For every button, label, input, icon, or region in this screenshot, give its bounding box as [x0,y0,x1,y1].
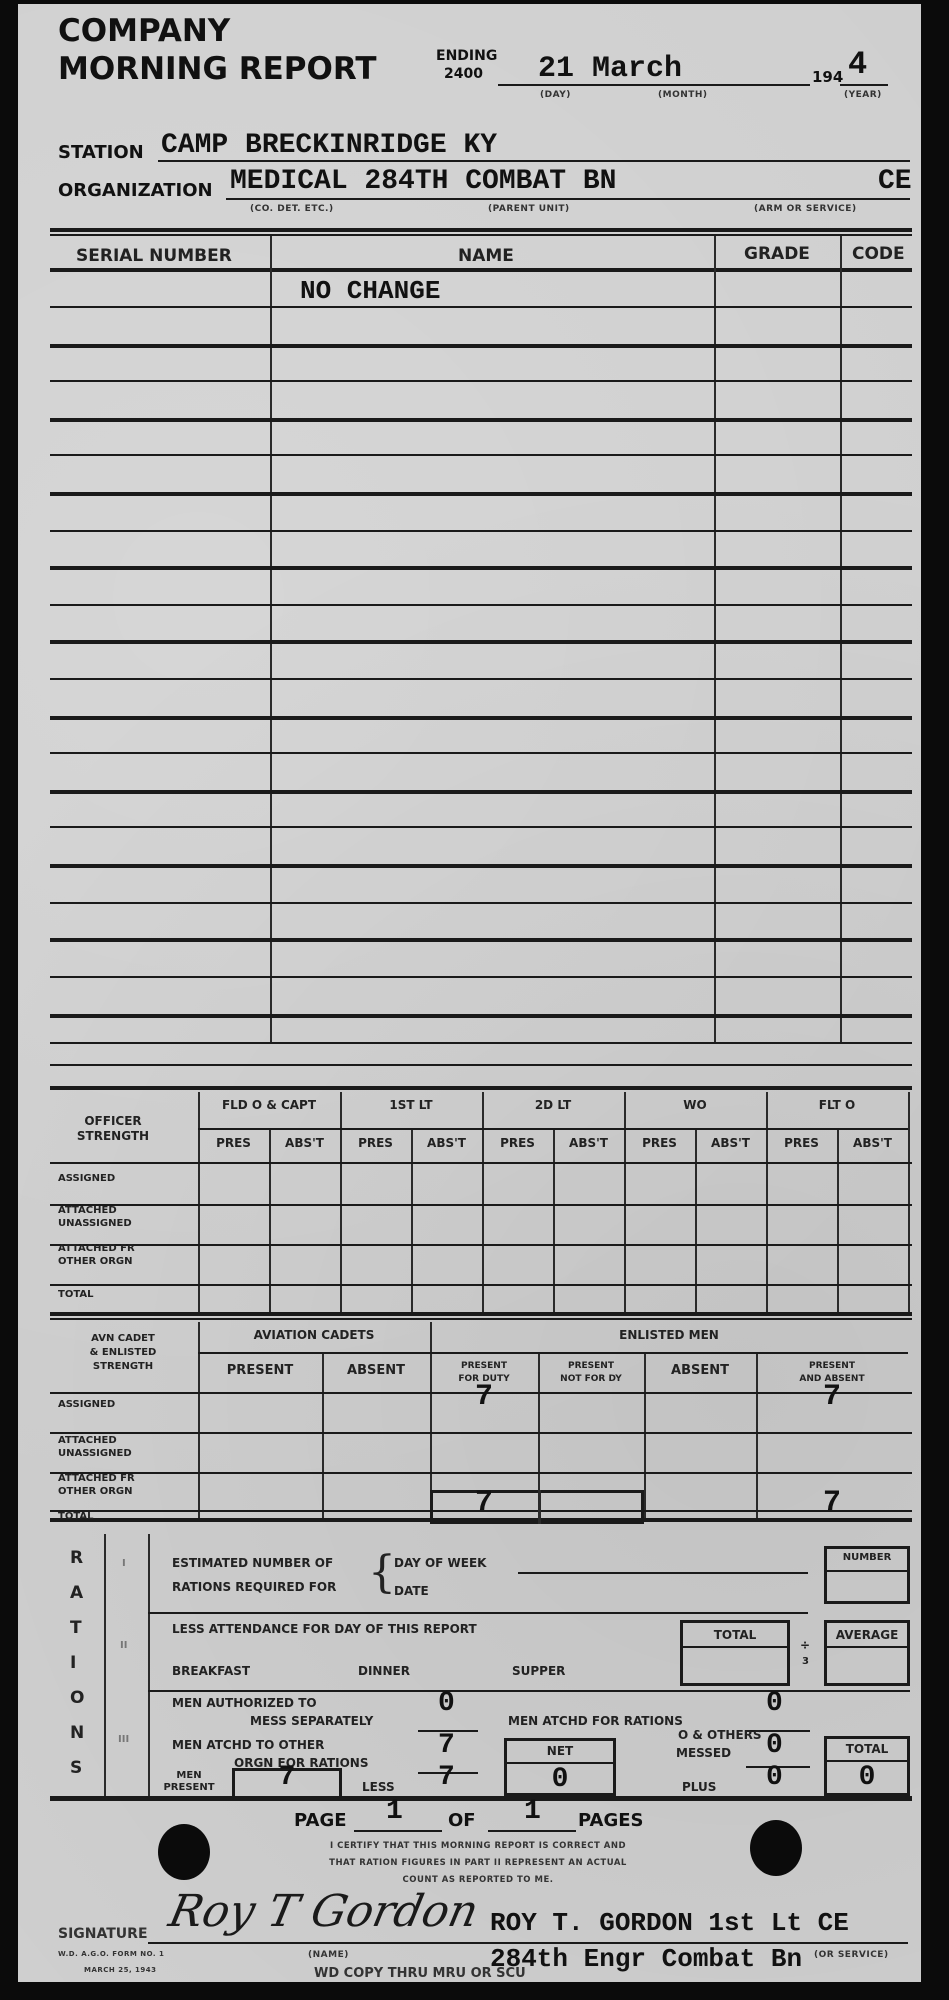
estimated-rations-label: ESTIMATED NUMBER OF [172,1556,333,1570]
divider [624,1092,626,1312]
officer-subheader: ABS'T [695,1136,766,1150]
officer-subheader: PRES [482,1136,553,1150]
rations-side-letter: R [70,1548,83,1568]
enlisted-col-header: ABSENT [644,1364,756,1377]
divider [198,1092,200,1312]
rations-side-letter: I [70,1653,76,1673]
men-authorized-label: MEN AUTHORIZED TO [172,1696,317,1710]
men-present-label: MENPRESENT [154,1770,224,1794]
caption-arm: (ARM OR SERVICE) [754,204,857,214]
officer-subheader: PRES [624,1136,695,1150]
breakfast-label: BREAKFAST [172,1664,250,1678]
roster-rule [50,790,912,794]
pages-label: PAGES [578,1810,644,1831]
page-label: PAGE [294,1810,347,1831]
roster-rule [50,492,912,496]
roster-rule [50,566,912,570]
caption-parent: (PARENT UNIT) [488,204,570,214]
name-caption: (NAME) [308,1950,349,1960]
roster-rule [50,1014,912,1018]
year-caption: (YEAR) [844,90,882,100]
present-for-duty-value: 7 [430,1380,538,1414]
enlisted-col-header: PRESENT [198,1364,322,1377]
officer-group-header: FLD O & CAPT [198,1098,340,1112]
officer-row-label: ASSIGNED [58,1172,188,1185]
month-caption: (MONTH) [658,90,708,100]
day-of-week-label: DAY OF WEEK [394,1556,486,1570]
officer-subheader: PRES [198,1136,269,1150]
dinner-label: DINNER [358,1664,410,1678]
caption-co: (CO. DET. ETC.) [250,204,334,214]
officer-group-header: 2D LT [482,1098,624,1112]
service-caption: (OR SERVICE) [814,1950,889,1960]
enlisted-row-label: ATTACHED FROTHER ORGN [58,1472,188,1498]
mess-separately-label: MESS SEPARATELY [250,1714,373,1728]
roster-rule [50,454,912,456]
roster-rule [50,716,912,720]
rations-side-letter: T [70,1618,82,1638]
handwritten-signature: Roy T Gordon [165,1886,483,1937]
present-and-absent-value: 7 [756,1380,908,1414]
punch-hole-left [158,1824,210,1880]
roster-rule [50,938,912,942]
men-atchd-other-label: MEN ATCHD TO OTHER [172,1738,324,1752]
unit-typed: 284th Engr Combat Bn [490,1944,802,1974]
messed-label: MESSED [676,1746,731,1760]
roster-rule [50,902,912,904]
col-serial-number: SERIAL NUMBER [76,246,232,266]
roster-rule [50,864,912,868]
part-i-marker: I [122,1558,126,1569]
others-messed-value: 0 [766,1730,783,1761]
net-value: 0 [504,1764,616,1795]
divider [908,1092,910,1312]
officer-subheader: ABS'T [411,1136,482,1150]
enlisted-row-label: TOTAL [58,1510,188,1523]
roster-rule [50,1042,912,1044]
officer-subheader: PRES [340,1136,411,1150]
organization-label: ORGANIZATION [58,180,213,201]
punch-hole-right [750,1820,802,1876]
day-caption: (DAY) [540,90,571,100]
roster-rule [50,640,912,644]
divider [766,1092,768,1312]
station-label: STATION [58,142,144,163]
page-number: 1 [386,1796,403,1827]
men-atchd-other-value: 7 [438,1730,455,1761]
roster-rule [50,530,912,532]
officer-subheader: ABS'T [553,1136,624,1150]
officer-subheader: ABS'T [837,1136,908,1150]
enlisted-strength-title: AVN CADET& ENLISTEDSTRENGTH [58,1332,188,1374]
roster-rule [50,604,912,606]
form-title-line1: COMPANY [58,16,230,47]
organization-value: MEDICAL 284TH COMBAT BN [230,166,616,197]
divider [340,1092,342,1312]
form-date: MARCH 25, 1943 [84,1966,157,1974]
men-present-value: 7 [232,1762,342,1793]
total-pages: 1 [524,1796,541,1827]
officer-strength-title: OFFICER STRENGTH [58,1114,168,1144]
signature-label: SIGNATURE [58,1926,148,1942]
report-date: 21 March [538,52,682,86]
roster-rule [50,752,912,754]
officer-group-header: WO [624,1098,766,1112]
rations-side-letter: S [70,1758,82,1778]
roster-rule [50,380,912,382]
less-value: 7 [438,1762,455,1793]
roster-rule [50,344,912,348]
group-aviation-cadets: AVIATION CADETS [198,1328,430,1342]
year-prefix: 194 [812,68,843,86]
roster-rule [50,306,912,308]
officer-group-header: 1ST LT [340,1098,482,1112]
plus-value: 0 [766,1762,783,1793]
rations-side-letter: N [70,1723,84,1743]
average-label: AVERAGE [824,1628,910,1642]
roster-rule [50,418,912,422]
supper-label: SUPPER [512,1664,565,1678]
officer-subheader: ABS'T [269,1136,340,1150]
arm-service-value: CE [878,166,912,197]
net-label: NET [504,1744,616,1758]
plus-label: PLUS [682,1780,716,1794]
enlisted-col-header: PRESENTNOT FOR DY [538,1360,644,1386]
final-total-label: TOTAL [824,1742,910,1756]
roster-rule [50,976,912,978]
form-number: W.D. A.G.O. FORM NO. 1 [58,1950,164,1958]
men-atchd-for-rations-label: MEN ATCHD FOR RATIONS [508,1714,683,1728]
col-name: NAME [458,246,514,266]
part-ii-marker: II [120,1640,127,1651]
certification-text: I CERTIFY THAT THIS MORNING REPORT IS CO… [248,1838,708,1889]
wd-copy-note: WD COPY THRU MRU OR SCU [314,1966,526,1981]
present-and-absent-value: 7 [756,1486,908,1520]
morning-report-form: COMPANY MORNING REPORT ENDING 2400 21 Ma… [18,4,921,1982]
number-label: NUMBER [824,1552,910,1563]
officer-group-header: FLT O [766,1098,908,1112]
officer-row-label: ATTACHED FROTHER ORGN [58,1242,188,1268]
rations-side-letter: A [70,1583,83,1603]
typed-name: ROY T. GORDON 1st Lt CE [490,1908,849,1938]
present-for-duty-value: 7 [430,1486,538,1520]
group-enlisted-men: ENLISTED MEN [430,1328,908,1342]
less-label: LESS [362,1780,395,1794]
station-value: CAMP BRECKINRIDGE KY [161,130,497,161]
part-iii-marker: III [118,1734,129,1745]
estimated-rations-label-2: RATIONS REQUIRED FOR [172,1580,336,1594]
roster-rule [50,826,912,828]
officer-row-label: TOTAL [58,1288,188,1301]
final-total-value: 0 [824,1762,910,1793]
enlisted-row-label: ATTACHEDUNASSIGNED [58,1434,188,1460]
rations-side-letter: O [70,1688,84,1708]
divide-by-three: 3 [802,1656,809,1667]
divide-symbol: ÷ [800,1638,810,1652]
col-grade: GRADE [744,244,810,264]
roster-entry-no-change: NO CHANGE [300,276,440,306]
of-label: OF [448,1810,476,1831]
attendance-label: LESS ATTENDANCE FOR DAY OF THIS REPORT [172,1622,477,1636]
men-atchd-for-rations-value: 0 [766,1688,783,1719]
roster-rule [50,1064,912,1066]
col-code: CODE [852,244,905,264]
ending-time: 2400 [444,66,483,82]
brace: { [368,1548,396,1598]
officer-subheader: PRES [766,1136,837,1150]
others-messed-label: O & OTHERS [678,1728,762,1742]
roster-rule [50,678,912,680]
officer-row-label: ATTACHEDUNASSIGNED [58,1204,188,1230]
date-label: DATE [394,1584,429,1598]
ending-label: ENDING [436,48,497,64]
divider [482,1092,484,1312]
enlisted-col-header: ABSENT [322,1364,430,1377]
form-title-line2: MORNING REPORT [58,54,376,85]
enlisted-row-label: ASSIGNED [58,1398,188,1411]
report-year: 4 [848,46,867,83]
men-authorized-value: 0 [438,1688,455,1719]
total-label: TOTAL [680,1628,790,1642]
